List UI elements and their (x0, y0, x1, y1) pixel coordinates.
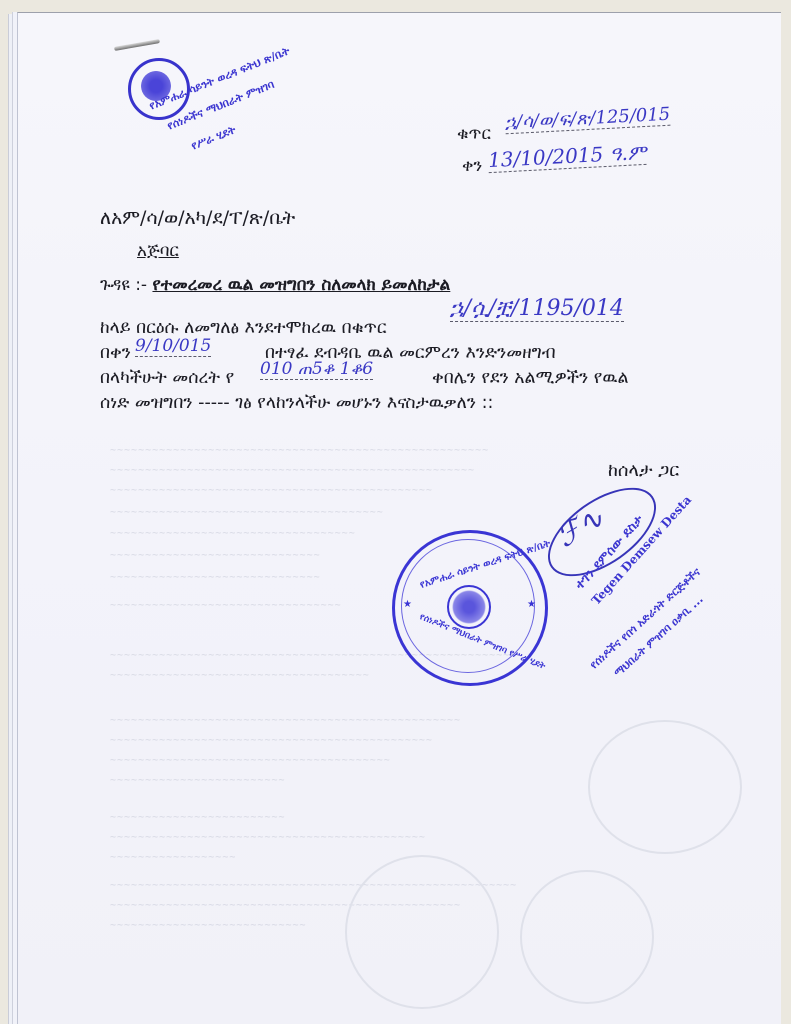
body-line-3-suffix: ቀበሌን የደን አልሚዎችን የዉል (432, 368, 629, 388)
bleed-through-text: ~~~~~~~~~~~~~~~~~~ (110, 852, 236, 863)
subject-text: የተመረመረ ዉል መዝግበን ስለመላክ ይመለከታል (152, 275, 450, 295)
subject-line: ጉዳዩ :- የተመረመረ ዉል መዝግበን ስለመላክ ይመለከታል (100, 275, 450, 295)
bleed-through-text: ~~~~~~~~~~~~~~~~~~~~~~~~~~~~~~ (110, 550, 321, 561)
subject-label: ጉዳዩ :- (100, 275, 147, 295)
date-label: ቀን (462, 156, 482, 176)
bleed-through-text: ~~~~~~~~~~~~~~~~~~~~~~~~~~~~~~~~~~~~~~~~… (110, 485, 433, 496)
body-line-1: ከላይ በርዕሱ ለመግለፅ እንደተሞከረዉ በቁጥር (100, 318, 387, 338)
bleed-through-text: ~~~~~~~~~~~~~~~~~~~~~~~~~~~~~~~~~~~~~~~~… (110, 715, 461, 726)
body-line-2-prefix: በቀን (100, 343, 131, 363)
bleed-through-text: ~~~~~~~~~~~~~~~~~~~~~~~~~~~~~~~~~ (110, 600, 342, 611)
bleed-through-seal (520, 870, 654, 1004)
bleed-through-text: ~~~~~~~~~~~~~~~~~~~~~~~~~~~~ (110, 920, 307, 931)
round-seal: የአምሐራ ሳይንት ወረዳ ፍትህ ጽ/ቤት የሰነዶችና ማህበራት ምዝገ… (392, 530, 548, 686)
bleed-through-text: ~~~~~~~~~~~~~~~~~~~~~~~~~~~~~~~~~~~~~~~~ (110, 755, 391, 766)
bleed-through-text: ~~~~~~~~~~~~~~~~~~~~~~~~~~~~~~~~~~~~~~~~… (110, 465, 475, 476)
bleed-through-text: ~~~~~~~~~~~~~~~~~~~~~~~~~~~~~~~~~~~ (110, 528, 356, 539)
handwritten-letter-date: 9/10/015 (135, 336, 211, 357)
bleed-through-text: ~~~~~~~~~~~~~~~~~~~~~~~~~~~~~~~~~~~~~~~~… (110, 735, 433, 746)
recipient: ለአም/ሳ/ወ/አካ/ደ/ፐ/ጽ/ቤት (100, 207, 295, 229)
location: አጅባር (137, 241, 179, 261)
body-line-3-prefix: በላካችሁት መሰረት የ (100, 368, 234, 388)
handwritten-amount: 010 ጠ5ቆ 1ቆ6 (260, 359, 373, 380)
reference-label: ቁጥር (457, 124, 491, 144)
bleed-through-text: ~~~~~~~~~~~~~~~~~~~~~~~~~~~~~~~~~~~~~~~ (110, 507, 384, 518)
bleed-through-text: ~~~~~~~~~~~~~~~~~~~~~~~~~ (110, 812, 286, 823)
bleed-through-seal (345, 855, 499, 1009)
bleed-through-text: ~~~~~~~~~~~~~~~~~~~~~~~~~~~~~~~~~~~~~~~~… (110, 445, 489, 456)
emblem-icon (447, 585, 491, 629)
bleed-through-text: ~~~~~~~~~~~~~~~~~~~~~~~~~ (110, 775, 286, 786)
body-line-4: ሰነድ መዝግበን ----- ገፅ የላከንላችሁ መሆኑን እናስታዉቃለን… (100, 393, 493, 413)
bleed-through-text: ~~~~~~~~~~~~~~~~~~~~~~~~~~~~~~~~~~~~~ (110, 670, 370, 681)
bleed-through-text: ~~~~~~~~~~~~~~~~~~~~~~~~~~~~~~~~~~~~~~~~… (110, 832, 426, 843)
bleed-through-seal (588, 720, 742, 854)
handwritten-reference: ኋ/ሷ/ቿ/1195/014 (450, 296, 624, 322)
star-icon: ★ (403, 599, 412, 610)
star-icon: ★ (527, 599, 536, 610)
closing: ከሰላታ ጋር (608, 460, 679, 481)
bleed-through-text: ~~~~~~~~~~~~~~~~~~~~~~~~~~~~~~ (110, 572, 321, 583)
